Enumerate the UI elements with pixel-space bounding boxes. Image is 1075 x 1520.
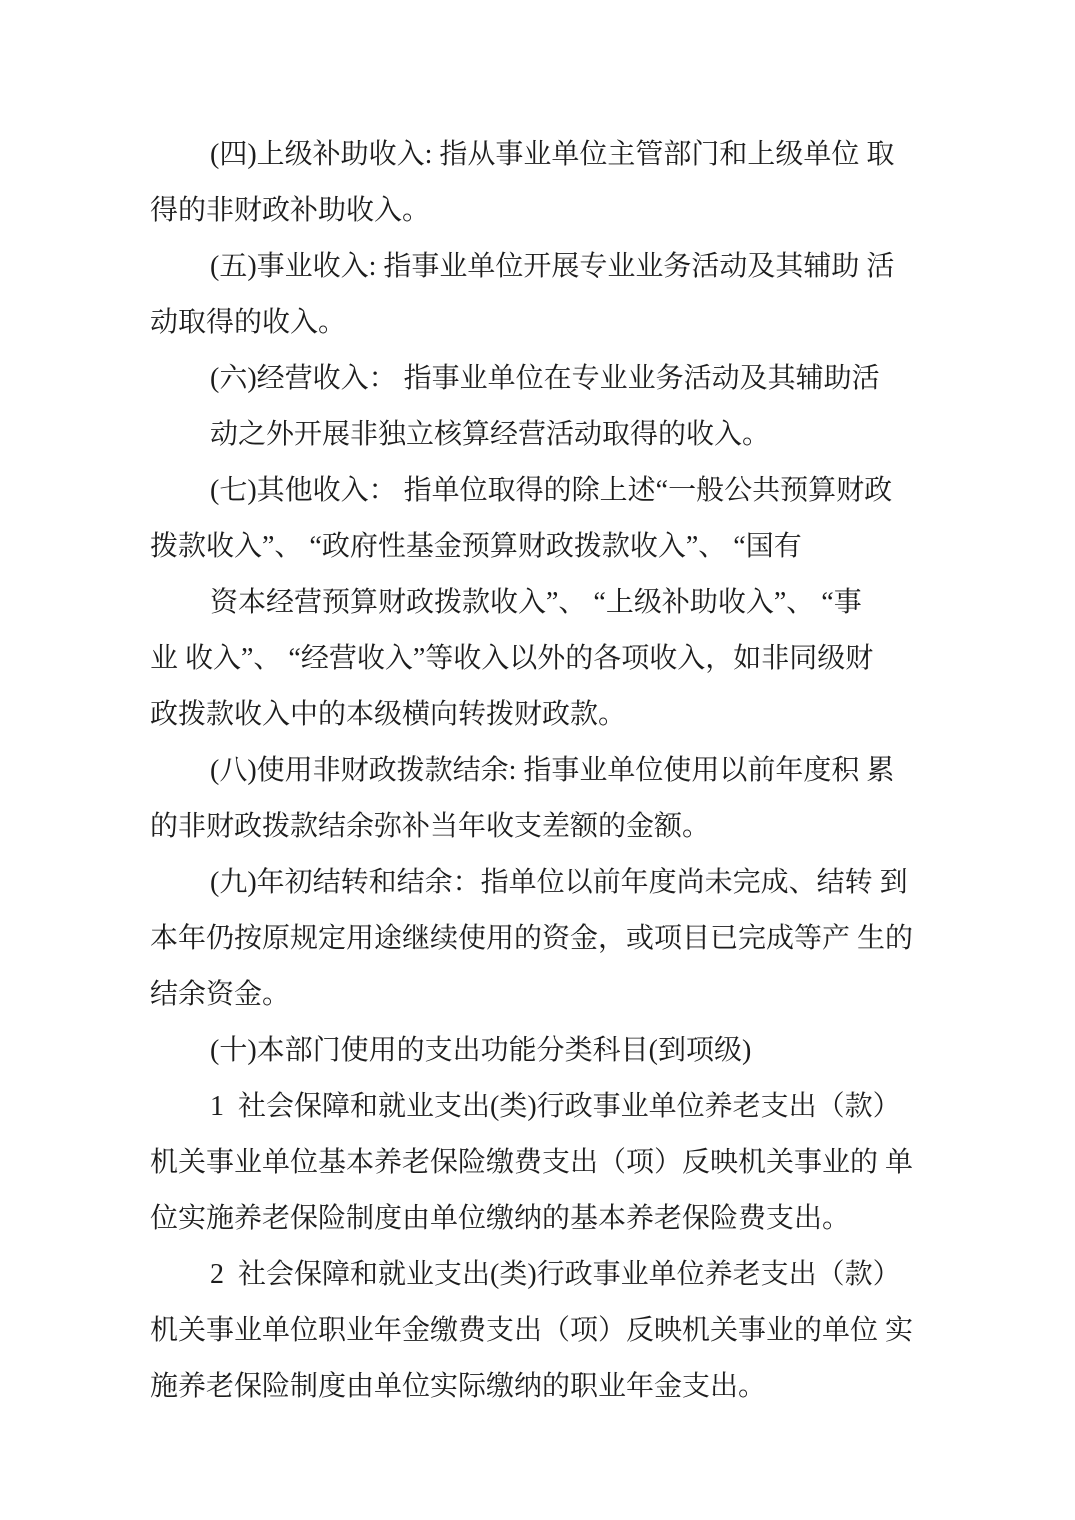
text-line: 机关事业单位基本养老保险缴费支出（项）反映机关事业的 单 [150,1135,950,1191]
text-line: (八)使用非财政拨款结余: 指事业单位使用以前年度积 累 [150,743,950,799]
text-line: (九)年初结转和结余：指单位以前年度尚未完成、结转 到 [150,855,950,911]
text-line: 位实施养老保险制度由单位缴纳的基本养老保险费支出。 [150,1191,950,1247]
text-line: 结余资金。 [150,967,950,1023]
text-line: 业 收入”、 “经营收入”等收入以外的各项收入，如非同级财 [150,631,950,687]
text-line: 拨款收入”、 “政府性基金预算财政拨款收入”、 “国有 [150,519,950,575]
text-line: 动取得的收入。 [150,295,950,351]
text-line: 资本经营预算财政拨款收入”、 “上级补助收入”、 “事 [150,575,950,631]
text-line: 的非财政拨款结余弥补当年收支差额的金额。 [150,799,950,855]
text-line: (四)上级补助收入: 指从事业单位主管部门和上级单位 取 [150,127,950,183]
text-line: 动之外开展非独立核算经营活动取得的收入。 [150,407,950,463]
text-line: 本年仍按原规定用途继续使用的资金，或项目已完成等产 生的 [150,911,950,967]
text-line: 得的非财政补助收入。 [150,183,950,239]
text-line: (七)其他收入： 指单位取得的除上述“一般公共预算财政 [150,463,950,519]
text-line: (十)本部门使用的支出功能分类科目(到项级) [150,1023,950,1079]
text-line: 施养老保险制度由单位实际缴纳的职业年金支出。 [150,1359,950,1415]
text-line: (五)事业收入: 指事业单位开展专业业务活动及其辅助 活 [150,239,950,295]
text-line: 政拨款收入中的本级横向转拨财政款。 [150,687,950,743]
document-page: (四)上级补助收入: 指从事业单位主管部门和上级单位 取得的非财政补助收入。(五… [0,0,1075,1520]
document-body: (四)上级补助收入: 指从事业单位主管部门和上级单位 取得的非财政补助收入。(五… [150,127,950,1415]
text-line: 机关事业单位职业年金缴费支出（项）反映机关事业的单位 实 [150,1303,950,1359]
text-line: (六)经营收入： 指事业单位在专业业务活动及其辅助活 [150,351,950,407]
text-line: 1 社会保障和就业支出(类)行政事业单位养老支出（款） [150,1079,950,1135]
text-line: 2 社会保障和就业支出(类)行政事业单位养老支出（款） [150,1247,950,1303]
